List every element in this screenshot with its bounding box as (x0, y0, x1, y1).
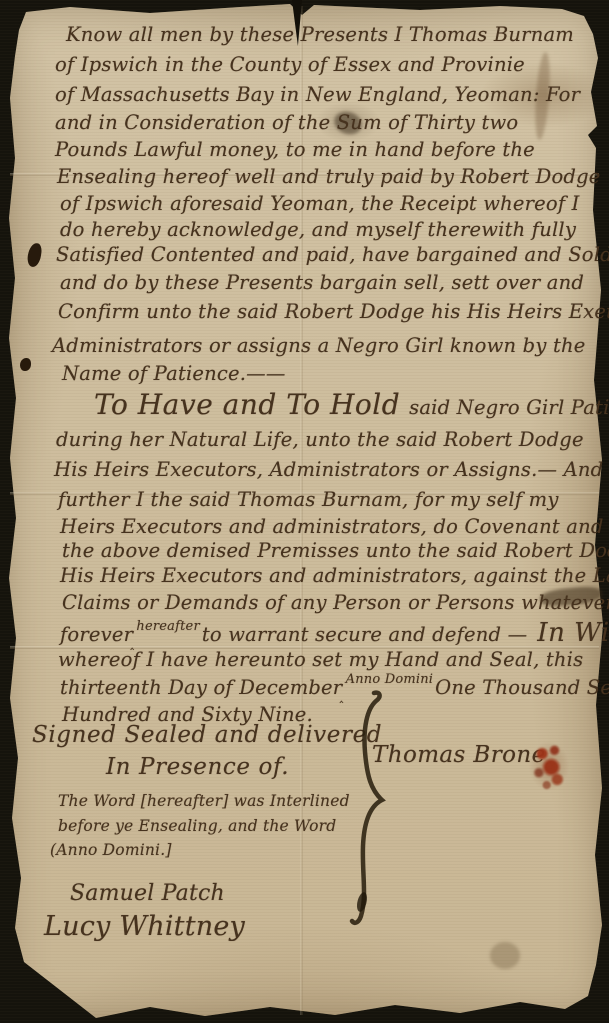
wax-seal-icon (526, 738, 572, 794)
deed-line: the above demised Premisses unto the sai… (62, 539, 609, 562)
deed-line: and in Consideration of the Sum of Thirt… (55, 111, 518, 134)
deed-line: of Ipswich in the County of Essex and Pr… (55, 53, 525, 76)
interlined-anno-domini: Anno Domini (346, 672, 434, 688)
deed-line: Pounds Lawful money, to me in hand befor… (55, 138, 535, 161)
grantor-signature: Thomas Brone (372, 742, 546, 770)
brace-icon (340, 690, 392, 928)
in-witness-phrase: In Witness (537, 618, 609, 648)
interlineation-note: (Anno Domini.] (50, 841, 172, 860)
deed-line: Satisfied Contented and paid, have barga… (56, 243, 609, 266)
deed-line: His Heirs Executors and administrators, … (60, 564, 609, 587)
habendum-rest: said Negro Girl Patience (409, 396, 609, 419)
deed-line: of Massachusetts Bay in New England, Yeo… (55, 83, 580, 106)
stain-spot (490, 942, 520, 969)
attestation-line: In Presence of. (106, 754, 289, 782)
deed-line: Know all men by these Presents I Thomas … (66, 23, 574, 46)
interlined-hereafter: hereafter (136, 619, 199, 635)
forever-word: forever (60, 623, 133, 646)
deed-line: of Ipswich aforesaid Yeoman, the Receipt… (60, 192, 580, 215)
attestation-line: Signed Sealed and delivered (32, 722, 382, 750)
deed-line: Claims or Demands of any Person or Perso… (62, 591, 609, 614)
witness-signature: Lucy Whittney (44, 911, 245, 943)
deed-line: during her Natural Life, unto the said R… (56, 428, 584, 451)
deed-line: His Heirs Executors, Administrators or A… (54, 458, 603, 481)
date-post: One Thousand Seven (435, 676, 609, 699)
date-pre: thirteenth Day of December (60, 676, 342, 699)
deed-line-habendum: To Have and To Holdsaid Negro Girl Patie… (94, 388, 609, 422)
deed-line: and do by these Presents bargain sell, s… (60, 271, 584, 294)
habendum-phrase: To Have and To Hold (94, 388, 400, 421)
deed-line: Name of Patience.—— (62, 362, 286, 385)
warrant-clause: to warrant secure and defend — (202, 623, 527, 646)
witness-signature: Samuel Patch (70, 881, 225, 907)
deed-line: do hereby acknowledge, and myself therew… (60, 218, 576, 241)
deed-line: Administrators or assigns a Negro Girl k… (52, 334, 586, 357)
deed-line-witness-clause: forever‸hereafterto warrant secure and d… (60, 618, 609, 649)
interlineation-note: before ye Ensealing, and the Word (58, 817, 336, 836)
deed-line: Heirs Executors and administrators, do C… (60, 515, 609, 538)
deed-line: further I the said Thomas Burnam, for my… (58, 488, 559, 511)
deed-line: whereof I have hereunto set my Hand and … (58, 648, 583, 671)
page: { "colors": { "background": "#15130c", "… (0, 0, 609, 1023)
deed-line: Ensealing hereof well and truly paid by … (57, 165, 601, 188)
interlineation-note: The Word [hereafter] was Interlined (58, 792, 350, 811)
deed-line: Confirm unto the said Robert Dodge his H… (58, 300, 609, 323)
deed-line-date: thirteenth Day of December‸Anno DominiOn… (60, 676, 609, 699)
